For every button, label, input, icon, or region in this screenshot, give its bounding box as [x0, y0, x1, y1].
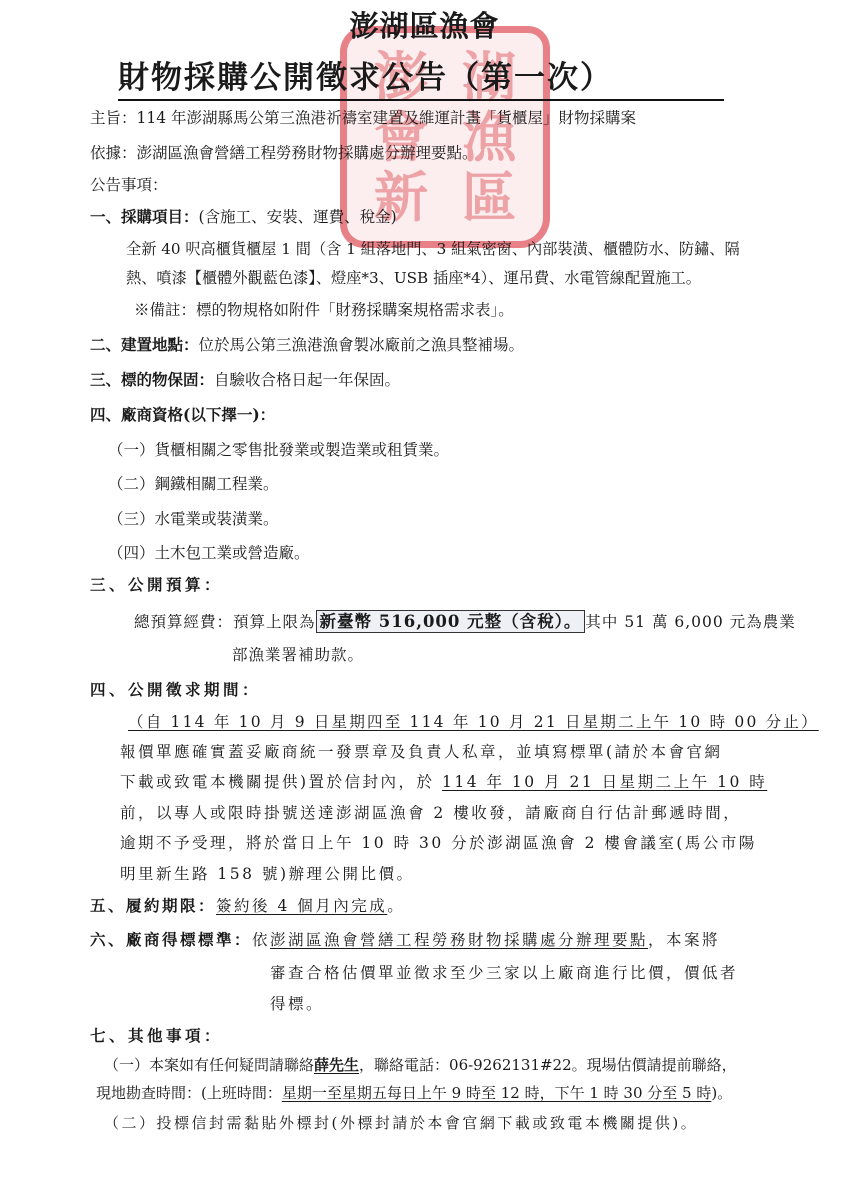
- period-line-2: 下載或致電本機關提供)置於信封內，於 114 年 10 月 21 日星期二上午 …: [120, 770, 767, 792]
- section-award-criteria: 六、廠商得標標準：依澎湖區漁會營繕工程勞務財物採購處分辦理要點，本案將: [90, 928, 720, 950]
- award-pre: 依: [252, 931, 270, 949]
- period-line-1: 報價單應確實蓋妥廠商統一發票章及負責人私章，並填寫標單(請於本會官網: [120, 740, 723, 762]
- other-item-1: （一）本案如有任何疑問請聯絡薛先生，聯絡電話：06-9262131#22。現場估…: [104, 1054, 737, 1075]
- section-procurement-items: 一、採購項目：(含施工、安裝、運費、稅金): [90, 205, 397, 227]
- closing-paren: )。: [711, 1084, 732, 1102]
- remark-line: ※備註：標的物規格如附件「財務採購案規格需求表」。: [134, 298, 514, 320]
- other-item-1-line-2: 現地勘查時間：(上班時間：星期一至星期五每日上午 9 時至 12 時，下午 1 …: [96, 1082, 732, 1103]
- qualification-option: （四）土木包工業或營造廠。: [108, 541, 310, 563]
- item-spec-line-1: 全新 40 呎高櫃貨櫃屋 1 間（含 1 組落地門、3 組氣密窗、內部裝潢、櫃體…: [126, 238, 740, 259]
- solicitation-period-range: （自 114 年 10 月 9 日星期四至 114 年 10 月 21 日星期二…: [128, 710, 819, 732]
- period-line-5: 明里新生路 158 號)辦理公開比價。: [120, 862, 415, 884]
- budget-heading: 三、公開預算：: [90, 573, 223, 595]
- period-line-4: 逾期不予受理，將於當日上午 10 時 30 分於澎湖區漁會 2 樓會議室(馬公市…: [120, 831, 757, 853]
- basis-line: 依據：澎湖區漁會營繕工程勞務財物採購處分辦理要點。: [90, 141, 478, 163]
- office-hours: 星期一至星期五每日上午 9 時至 12 時，下午 1 時 30 分至 5 時: [282, 1084, 712, 1102]
- section-location: 二、建置地點：位於馬公第三漁港漁會製冰廠前之漁具整補場。: [90, 333, 524, 355]
- submission-deadline: 114 年 10 月 21 日星期二上午 10 時: [442, 773, 767, 791]
- section-contract-term: 五、履約期限：簽約後 4 個月內完成。: [90, 894, 405, 916]
- budget-line-2: 部漁業署補助款。: [232, 643, 364, 665]
- subject-line: 主旨：114 年澎湖縣馬公第三漁港祈禱室建置及維運計畫「貨櫃屋」財物採購案: [90, 106, 636, 128]
- section-heading: 五、履約期限：: [90, 896, 216, 915]
- period-line-3: 前，以專人或限時掛號送達澎湖區漁會 2 樓收發，請廠商自行估計郵遞時間，: [120, 801, 741, 823]
- qualification-option: （二）鋼鐵相關工程業。: [108, 472, 279, 494]
- warranty-text: 自驗收合格日起一年保固。: [214, 371, 400, 389]
- budget-line: 總預算經費：預算上限為新臺幣 516,000 元整（含稅）。其中 51 萬 6,…: [134, 608, 796, 632]
- other-item-2: （二）投標信封需黏貼外標封(外標封請於本會官網下載或致電本機關提供)。: [104, 1112, 698, 1133]
- other-item-1-text: （一）本案如有任何疑問請聯絡: [104, 1056, 314, 1074]
- award-line-3: 得標。: [270, 992, 324, 1014]
- section-heading: 六、廠商得標標準：: [90, 930, 252, 949]
- period-heading: 四、公開徵求期間：: [90, 678, 261, 700]
- budget-amount-highlight: 新臺幣 516,000 元整（含稅）。: [316, 610, 586, 633]
- inspection-time-label: 現地勘查時間：(上班時間：: [96, 1084, 282, 1102]
- qualification-option: （一）貨櫃相關之零售批發業或製造業或租賃業。: [108, 438, 449, 460]
- location-text: 位於馬公第三漁港漁會製冰廠前之漁具整補場。: [199, 336, 525, 354]
- organization-name: 澎湖區漁會: [0, 4, 849, 45]
- contract-term-text: 簽約後 4 個月內完成: [216, 897, 387, 915]
- period-mark: 。: [387, 897, 405, 915]
- vendor-qualification-heading: 四、廠商資格(以下擇一)：: [90, 403, 275, 425]
- announcement-title: 財物採購公開徵求公告（第一次）: [118, 52, 724, 101]
- section-heading: 一、採購項目：: [90, 207, 199, 226]
- qualification-option: （三）水電業或裝潢業。: [108, 507, 279, 529]
- section-warranty: 三、標的物保固：自驗收合格日起一年保固。: [90, 368, 400, 390]
- other-matters-heading: 七、其他事項：: [90, 1024, 223, 1046]
- section-heading: 二、建置地點：: [90, 335, 199, 354]
- items-heading: 公告事項：: [90, 173, 168, 195]
- seal-glyph: 區: [462, 168, 516, 226]
- award-post: ，本案將: [648, 931, 720, 949]
- announcement-page: 澎 會 新 湖 漁 區 澎湖區漁會 財物採購公開徵求公告（第一次） 主旨：114…: [0, 0, 849, 1200]
- period-line-2-text: 下載或致電本機關提供)置於信封內，於: [120, 773, 442, 791]
- budget-label: 總預算經費：預算上限為: [134, 613, 316, 631]
- item-spec-line-2: 熱、噴漆【櫃體外觀藍色漆】、燈座*3、USB 插座*4）、運吊費、水電管線配置施…: [126, 267, 701, 288]
- award-rule-reference: 澎湖區漁會營繕工程勞務財物採購處分辦理要點: [270, 931, 648, 949]
- contact-person: 薛先生: [314, 1056, 359, 1074]
- award-line-2: 審查合格估價單並徵求至少三家以上廠商進行比價，價低者: [270, 961, 738, 983]
- section-heading: 三、標的物保固：: [90, 370, 214, 389]
- section-heading-note: (含施工、安裝、運費、稅金): [199, 208, 397, 226]
- budget-subsidy-text: 其中 51 萬 6,000 元為農業: [585, 613, 795, 631]
- contact-phone-text: ，聯絡電話：06-9262131#22。現場估價請提前聯絡，: [359, 1056, 737, 1074]
